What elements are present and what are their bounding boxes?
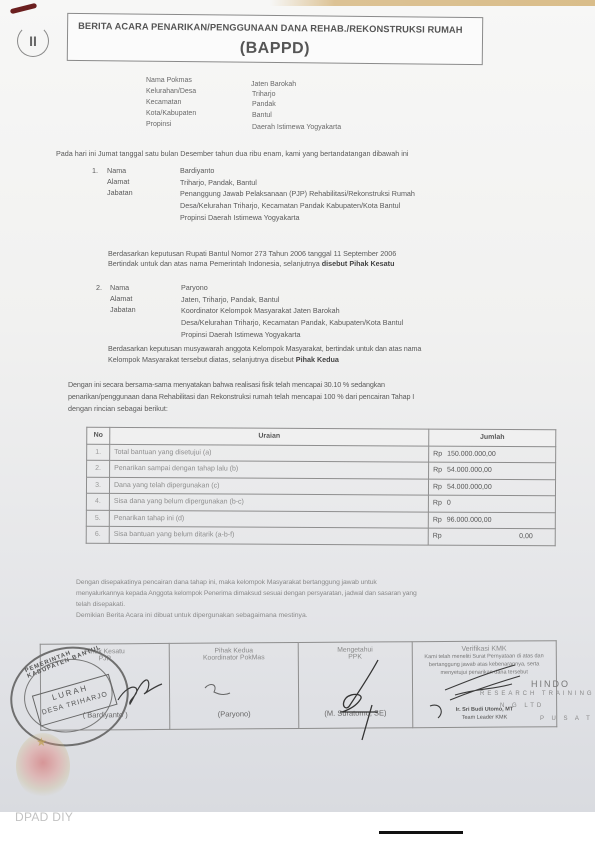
party-address: Jaten, Triharjo, Pandak, Bantul (181, 295, 279, 304)
background-edge (270, 0, 595, 6)
amount-value: 54.000.000,00 (442, 483, 551, 491)
document-page: II BERITA ACARA PENARIKAN/PENGGUNAAN DAN… (0, 0, 595, 812)
overlay-stamp-text: RESEARCH TRAINING (480, 691, 595, 697)
party-designation: disebut Pihak Kesatu (322, 259, 395, 268)
bottom-bar (379, 831, 463, 834)
amounts-table: No Uraian Jumlah 1.Total bantuan yang di… (86, 427, 557, 546)
field-label: Jabatan (110, 305, 136, 314)
field-label: Nama (107, 166, 126, 175)
field-label: Nama (110, 283, 129, 292)
row-number: 3. (86, 477, 109, 494)
page-marker: II (17, 25, 49, 57)
info-label: Kelurahan/Desa (146, 88, 196, 95)
info-value: Bantul (252, 112, 272, 119)
closing-line: Demikian Berita Acara ini dibuat untuk d… (76, 612, 308, 619)
amount-value: 96.000.000,00 (442, 516, 551, 524)
basis-text: Kelompok Masyarakat tersebut diatas, sel… (108, 355, 296, 364)
signer-name: (Paryono) (170, 709, 298, 719)
column-header-uraian: Uraian (110, 427, 429, 445)
field-label: Alamat (110, 294, 132, 303)
verification-statement: Kami telah meneliti Surat Pernyataan di … (413, 652, 555, 677)
currency: Rp (433, 450, 442, 457)
row-description: Total bantuan yang disetujui (a) (110, 444, 429, 462)
row-number: 2. (87, 460, 110, 477)
field-label: Alamat (107, 177, 129, 186)
amount-value: 0 (442, 500, 551, 508)
signer-title: PPK (300, 653, 411, 661)
star-icon: ★ (36, 735, 47, 749)
party-position: Propinsi Daerah Istimewa Yogyakarta (180, 213, 299, 222)
row-description: Sisa bantuan yang belum ditarik (a-b-f) (109, 526, 428, 544)
info-label: Nama Pokmas (146, 77, 192, 84)
party-position: Koordinator Kelompok Masyarakat Jaten Ba… (181, 306, 340, 315)
watermark: DPAD DIY (15, 810, 73, 824)
amount-value: 0,00 (442, 533, 551, 541)
overlay-stamp-text: HINDO (531, 679, 570, 689)
row-amount: Rp54.000.000,00 (429, 462, 556, 479)
signature-block-pihak-kedua: Pihak Kedua Koordinator PokMas (Paryono) (169, 643, 299, 730)
overlay-stamp-text: N G LTD (500, 703, 544, 709)
row-amount: Rp0,00 (428, 528, 555, 545)
info-value: Daerah Istimewa Yogyakarta (252, 124, 341, 131)
closing-line: Dengan disepakatinya pencairan dana taha… (76, 579, 377, 586)
column-header-jumlah: Jumlah (429, 429, 556, 446)
party-position: Desa/Kelurahan Triharjo, Kecamatan Panda… (181, 318, 403, 327)
currency: Rp (433, 533, 442, 540)
document-title: BERITA ACARA PENARIKAN/PENGGUNAAN DANA R… (78, 21, 463, 35)
column-header-no: No (87, 427, 110, 444)
currency: Rp (433, 467, 442, 474)
field-label: Jabatan (107, 188, 133, 197)
title-box: BERITA ACARA PENARIKAN/PENGGUNAAN DANA R… (67, 13, 483, 65)
row-description: Dana yang telah dipergunakan (c) (109, 477, 428, 495)
party-name: Bardiyanto (180, 166, 214, 175)
party-basis: Bertindak untuk dan atas nama Pemerintah… (108, 259, 394, 268)
info-label: Kota/Kabupaten (146, 110, 196, 117)
party-name: Paryono (181, 283, 208, 292)
row-amount: Rp96.000.000,00 (428, 512, 555, 529)
amount-value: 54.000.000,00 (442, 467, 551, 475)
party-basis: Berdasarkan keputusan musyawarah anggota… (108, 344, 421, 353)
statement-line: dengan rincian sebagai berikut: (68, 404, 168, 413)
info-label: Propinsi (146, 121, 171, 128)
signer-name: (M. Suratomo, SE) (299, 708, 412, 718)
closing-line: menyalurkannya kepada Anggota kelompok P… (76, 590, 417, 597)
row-description: Sisa dana yang belum dipergunakan (b-c) (109, 493, 428, 511)
party-basis: Kelompok Masyarakat tersebut diatas, sel… (108, 355, 339, 364)
row-number: 1. (87, 444, 110, 461)
party-position: Propinsi Daerah Istimewa Yogyakarta (181, 330, 300, 339)
party-position: Penanggung Jawab Pelaksanaan (PJP) Rehab… (180, 189, 415, 198)
row-amount: Rp150.000.000,00 (429, 446, 556, 463)
row-description: Penarikan sampai dengan tahap lalu (b) (110, 460, 429, 478)
row-number: 6. (86, 526, 109, 543)
statement-line: Dengan ini secara bersama-sama menyataka… (68, 380, 385, 389)
party-number: 2. (96, 283, 102, 292)
signature-block-ppk: Mengetahui PPK (M. Suratomo, SE) (298, 642, 412, 729)
closing-line: telah disepakati. (76, 601, 125, 608)
signer-title: Koordinator PokMas (171, 654, 297, 662)
row-number: 4. (86, 493, 109, 510)
emblem-logo: ★ (16, 733, 70, 799)
statement-line: penarikan/penggunaan dana Rehabilitasi d… (68, 392, 414, 401)
table-row: 6.Sisa bantuan yang belum ditarik (a-b-f… (86, 526, 555, 545)
currency: Rp (433, 483, 442, 490)
intro-text: Pada hari ini Jumat tanggal satu bulan D… (56, 149, 408, 158)
row-description: Penarikan tahap ini (d) (109, 510, 428, 528)
info-value: Pandak (252, 101, 276, 108)
info-label: Kecamatan (146, 99, 181, 106)
amount-value: 150.000.000,00 (442, 450, 551, 458)
overlay-stamp-text: P U S A T (540, 716, 593, 722)
party-address: Triharjo, Pandak, Bantul (180, 178, 257, 187)
info-value: Jaten Barokah (251, 81, 296, 88)
info-value: Triharjo (252, 91, 275, 98)
party-number: 1. (92, 166, 98, 175)
party-position: Desa/Kelurahan Triharjo, Kecamatan Panda… (180, 201, 400, 210)
row-amount: Rp0 (428, 495, 555, 512)
row-number: 5. (86, 510, 109, 527)
currency: Rp (433, 516, 442, 523)
currency: Rp (433, 500, 442, 507)
document-abbreviation: (BAPPD) (68, 38, 482, 60)
party-designation: Pihak Kedua (296, 355, 339, 364)
row-amount: Rp54.000.000,00 (428, 479, 555, 496)
party-basis: Berdasarkan keputusan Rupati Bantul Nomo… (108, 249, 396, 258)
signer-title: Team Leader KMK (413, 714, 557, 721)
basis-text: Bertindak untuk dan atas nama Pemerintah… (108, 259, 322, 268)
pen-mark (10, 3, 37, 14)
